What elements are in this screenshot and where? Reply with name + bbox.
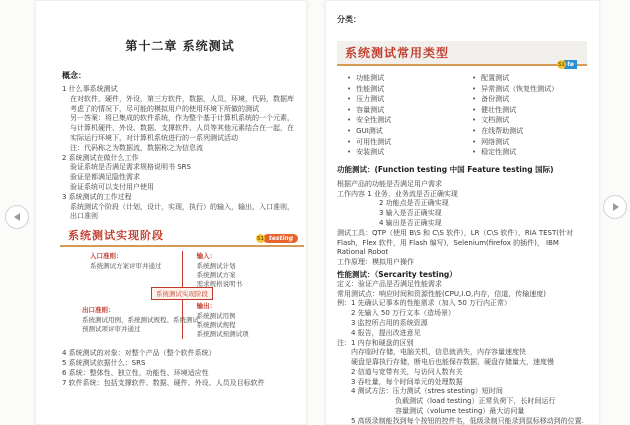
text-line: 注：1 内存和硬盘的区别 xyxy=(337,339,587,349)
text-line: 测试工具：QTP（使用 B\S 和 C\S 软件），LR（C\S 软件），RIA… xyxy=(337,229,587,258)
test-type-item: 功能测试 xyxy=(347,73,472,84)
test-type-item: 稳定性测试 xyxy=(472,147,558,158)
concept-lines: 1 什么事系统测试在对软件，硬件，外设，第三方软件，数据，人员，环境，代码，数据… xyxy=(62,85,298,222)
test-type-item: 在线帮助测试 xyxy=(472,126,558,137)
text-line: 2 系统测试在做什么工作 xyxy=(62,154,298,164)
function-testing-heading: 功能测试：(Function testing 中国 Feature testin… xyxy=(337,164,587,175)
text-line: 根据产品的功能是否满足用户需求 xyxy=(337,180,587,190)
input-item: 系统测试方案 xyxy=(197,271,297,280)
text-line: 2 信道与宽带有关，与访问人数有关 xyxy=(351,368,587,378)
right-arrow-icon xyxy=(613,203,619,211)
text-line: 容量测试（volume testing）最大访问量 xyxy=(395,407,587,417)
input-label: 输入： xyxy=(197,251,297,260)
text-line: 另一答案：将已集成的软件系统，作为整个基于计算机系统的一个元素，与计算机硬件、外… xyxy=(70,114,298,143)
test-type-item: 备份测试 xyxy=(472,94,558,105)
output-cell: 输出： 系统测试用例系统测试规程系统测试预测试项 xyxy=(197,301,297,339)
entry-criteria-text: 系统测试方案评审并通过 xyxy=(90,262,195,271)
text-line: 常用测试点：响应时间和资源性能(CPU,I.O,内存，信道，传输速度) xyxy=(337,290,587,300)
input-item: 系统测试计划 xyxy=(197,262,297,271)
diagram-body: 入口准则： 系统测试方案评审并通过 输入： 系统测试计划系统测试方案需求规格说明… xyxy=(60,251,304,343)
text-line: 负载测试（load testing）正常负荷下，长时间运行 xyxy=(395,397,587,407)
prev-page-button[interactable] xyxy=(5,205,29,229)
text-line: 验证是都满足隐性需求 xyxy=(70,173,298,183)
test-type-item: 压力测试 xyxy=(347,94,472,105)
output-item: 系统测试用例 xyxy=(197,312,297,321)
test-type-item: 文档测试 xyxy=(472,115,558,126)
text-line: 1 什么事系统测试 xyxy=(62,85,298,95)
testing-logo-partial: 51 te xyxy=(557,60,577,69)
chapter-title: 第十二章 系统测试 xyxy=(62,37,298,54)
text-line: 4 输出是否正确实现 xyxy=(379,219,587,229)
text-line: 6 系统：整体性、独立性、功能性、环境适应性 xyxy=(62,369,298,379)
exit-criteria-label: 出口准则： xyxy=(82,305,200,314)
text-line: 7 软件系统：包括支撑软件、数据、硬件、外设、人员及目标软件 xyxy=(62,379,298,389)
text-line: 4 测试方法：压力测试（stres stesting）短时间 xyxy=(351,387,587,397)
types-banner-title: 系统测试常用类型 xyxy=(345,44,449,61)
output-label: 输出： xyxy=(197,301,297,310)
test-type-item: 性能测试 xyxy=(347,84,472,95)
text-line: 3 监控所占用的系统资源 xyxy=(351,319,587,329)
text-line: 工作原理：模拟用户操作 xyxy=(337,258,587,268)
summary-lines: 4 系统测试的对象：对整个产品（整个软件系统）5 系统测试依据什么：SRS6 系… xyxy=(62,349,298,388)
document-viewer: 第十二章 系统测试 概念： 1 什么事系统测试在对软件，硬件，外设，第三方软件，… xyxy=(0,0,630,425)
test-type-item: 配置测试 xyxy=(472,73,558,84)
phase-center-box: 系统测试实现阶段 xyxy=(151,287,213,300)
test-type-item: GUI测试 xyxy=(347,126,472,137)
text-line: 2 先输入 50 万行文本（造场景） xyxy=(351,309,587,319)
text-line: 系统测试个阶段（计划，设计，实现，执行）的输入，输出，入口准则，出口准则 xyxy=(70,203,298,223)
51-badge-icon: 51 xyxy=(557,60,566,69)
test-type-item: 容量测试 xyxy=(347,105,472,116)
types-banner: 系统测试常用类型 51 te xyxy=(337,41,587,64)
text-line: 注：代码称之为数据流，数据称之为信息流 xyxy=(70,144,298,154)
output-item: 系统测试规程 xyxy=(197,321,297,330)
concepts-label: 概念： xyxy=(62,70,298,81)
left-arrow-icon xyxy=(14,213,20,221)
text-line: 3 吞吐量，每个时间单元的处理数据 xyxy=(351,378,587,388)
text-line: 5 高级录制能找到每个按钮的控件名，低级录制只能录到鼠标移动到的位置. xyxy=(351,417,587,425)
test-type-columns: 功能测试性能测试压力测试容量测试安全性测试GUI测试可用性测试安装测试 配置测试… xyxy=(347,73,587,158)
category-label: 分类： xyxy=(337,14,587,25)
notes-lines: 根据产品的功能是否满足用户需求工作内容 1 业务，业务流是否正确实现2 功能点是… xyxy=(337,180,587,425)
input-cell: 输入： 系统测试计划系统测试方案需求规格说明书 xyxy=(197,251,297,289)
text-line: 硬盘是靠执行存储，断电后也能保存数据，硬盘存储量大，速度慢 xyxy=(351,358,587,368)
exit-criteria-cell: 出口准则： 系统测试用例、系统测试规程、系统测试预测试项评审并通过 xyxy=(82,305,200,334)
page-left: 第十二章 系统测试 概念： 1 什么事系统测试在对软件，硬件，外设，第三方软件，… xyxy=(35,0,307,425)
testing-logo: 51 testing xyxy=(256,234,298,243)
text-line: 3 输入是否正确实现 xyxy=(379,209,587,219)
test-type-item: 健壮性测试 xyxy=(472,105,558,116)
test-type-item: 异常测试（恢复性测试） xyxy=(472,84,558,95)
text-line: 验证系统可以支付用户使用 xyxy=(70,183,298,193)
phase-diagram: 系统测试实现阶段 51 testing 入口准则： 系统测试方案评审并通过 输入… xyxy=(60,227,304,343)
output-item: 系统测试预测试项 xyxy=(197,330,297,339)
diagram-rule xyxy=(60,245,304,247)
testing-logo-text: testing xyxy=(263,234,298,243)
text-line: 内存临时存储，电脑关机，信息就消失，内存容量速度快 xyxy=(351,348,587,358)
banner-rule xyxy=(337,64,587,66)
text-line: 2 功能点是否正确实现 xyxy=(379,199,587,209)
text-line: 3 系统测试的工作过程 xyxy=(62,193,298,203)
diagram-title: 系统测试实现阶段 xyxy=(68,227,164,243)
text-line: 验证系统是否满足需求规格说明书 SRS xyxy=(70,163,298,173)
next-page-button[interactable] xyxy=(603,195,627,219)
text-line: 5 系统测试依据什么：SRS xyxy=(62,359,298,369)
input-items: 系统测试计划系统测试方案需求规格说明书 xyxy=(197,262,297,289)
text-line: 性能测试：（Sercarity testing） xyxy=(337,270,587,280)
text-line: 在对软件，硬件，外设，第三方软件，数据，人员，环境，代码，数据库考虑了的情况下，… xyxy=(70,95,298,115)
test-type-item: 可用性测试 xyxy=(347,137,472,148)
entry-criteria-cell: 入口准则： 系统测试方案评审并通过 xyxy=(90,251,195,271)
text-line: 例：1 先确认记事本的性能需求（加入 50 万行内正常） xyxy=(337,299,587,309)
test-type-col-1: 功能测试性能测试压力测试容量测试安全性测试GUI测试可用性测试安装测试 xyxy=(347,73,472,158)
test-type-item: 安全性测试 xyxy=(347,115,472,126)
text-line: 工作内容 1 业务，业务流是否正确实现 xyxy=(337,190,587,200)
text-line: 定义：验证产品是否满足性能需求 xyxy=(337,280,587,290)
test-type-item: 网络测试 xyxy=(472,137,558,148)
exit-criteria-text: 系统测试用例、系统测试规程、系统测试预测试项评审并通过 xyxy=(82,316,200,334)
output-items: 系统测试用例系统测试规程系统测试预测试项 xyxy=(197,312,297,339)
text-line: 4 系统测试的对象：对整个产品（整个软件系统） xyxy=(62,349,298,359)
test-type-col-2: 配置测试异常测试（恢复性测试）备份测试健壮性测试文档测试在线帮助测试网络测试稳定… xyxy=(472,73,558,158)
diagram-header: 系统测试实现阶段 51 testing xyxy=(60,227,304,245)
page-right: 分类： 系统测试常用类型 51 te 功能测试性能测试压力测试容量测试安全性测试… xyxy=(325,0,600,425)
entry-criteria-label: 入口准则： xyxy=(90,251,195,260)
text-line: 4 报告，提出改进意见 xyxy=(351,329,587,339)
test-type-item: 安装测试 xyxy=(347,147,472,158)
